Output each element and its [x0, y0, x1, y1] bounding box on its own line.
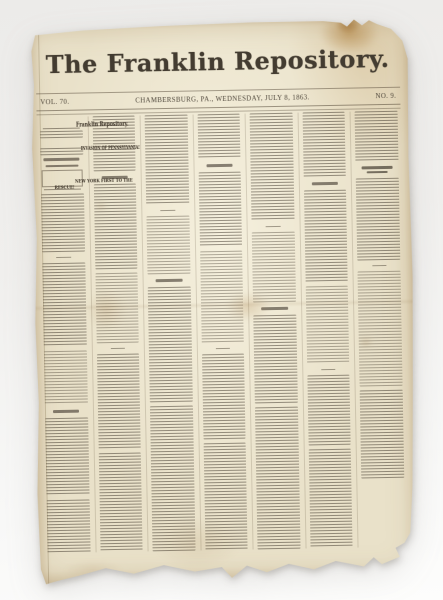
- paper-age-vignette: [23, 16, 421, 585]
- newspaper-page: The Franklin Repository. VOL. 70. CHAMBE…: [23, 16, 421, 585]
- photo-backdrop: The Franklin Repository. VOL. 70. CHAMBE…: [0, 0, 443, 600]
- torn-paper-sheet: The Franklin Repository. VOL. 70. CHAMBE…: [23, 16, 421, 585]
